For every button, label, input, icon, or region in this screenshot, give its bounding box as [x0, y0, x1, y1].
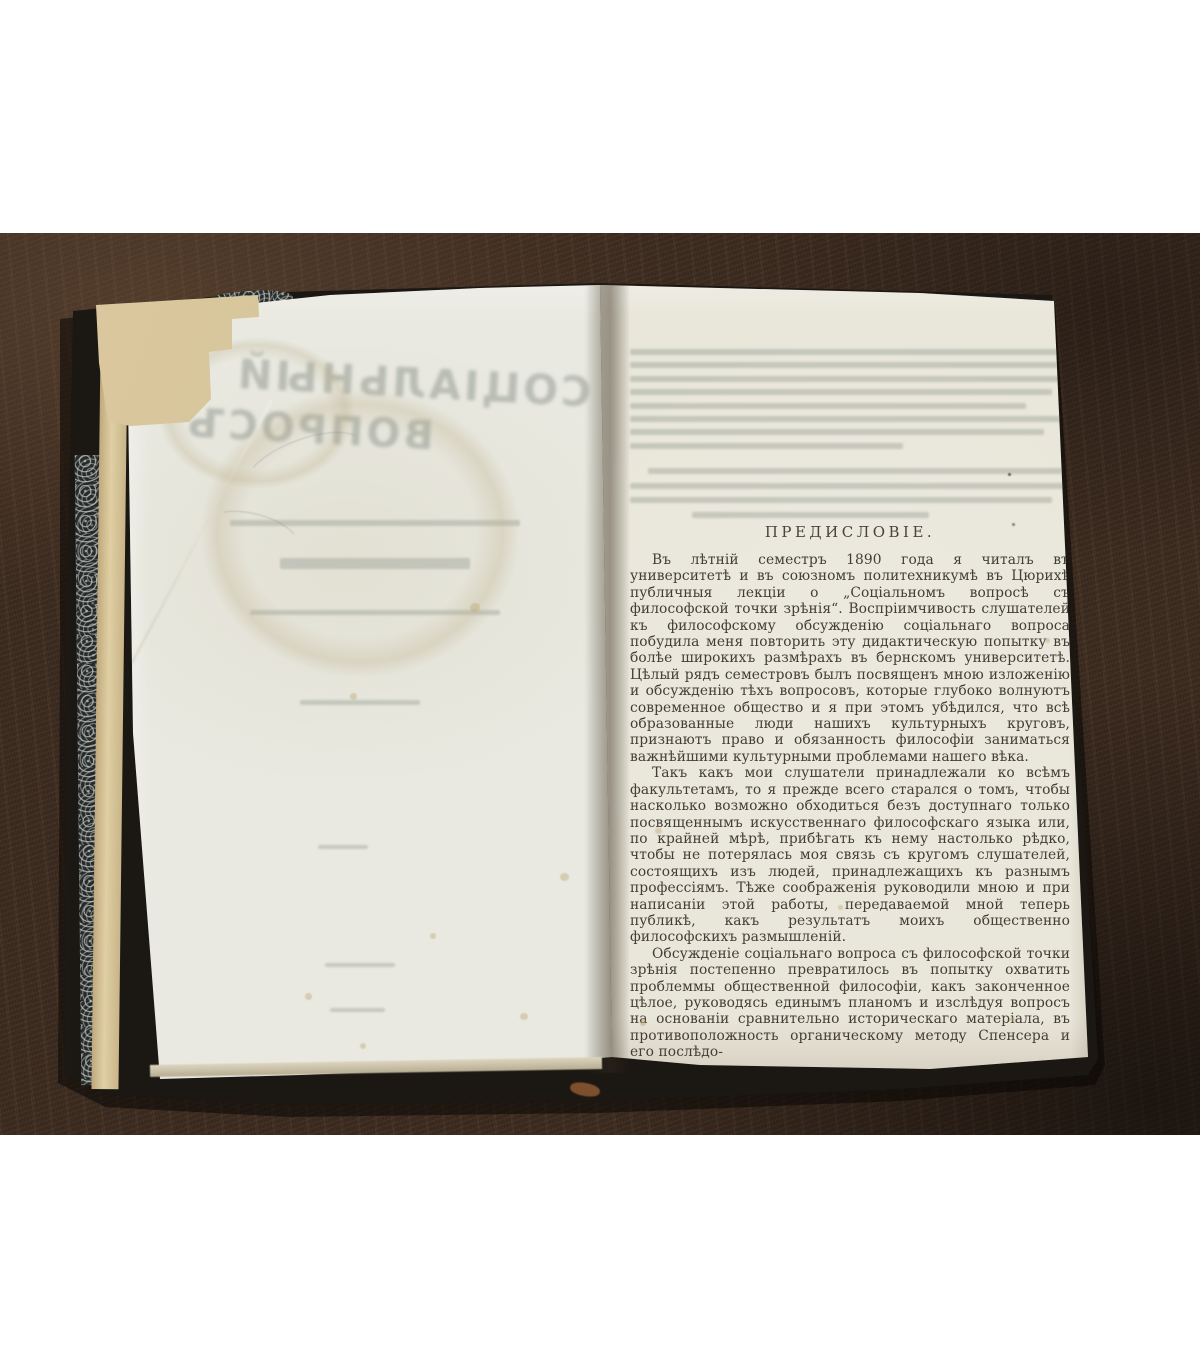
bleedthrough-line — [630, 403, 1026, 409]
bleedthrough-line — [630, 483, 1070, 489]
bleedthrough-line — [648, 468, 1062, 474]
foxing-spot — [430, 933, 436, 939]
foxing-spot — [1045, 638, 1050, 643]
foxing-spot — [640, 1020, 646, 1026]
foxing-spot — [838, 905, 843, 910]
foxing-spot — [360, 1043, 366, 1049]
bleedthrough-line — [630, 349, 1070, 355]
bleedthrough-paragraph — [630, 349, 1070, 456]
right-page: ПРЕДИСЛОВІЕ. Въ лѣтній семестръ 1890 год… — [600, 283, 1095, 1073]
preface-body: Въ лѣтній семестръ 1890 года я читалъ въ… — [630, 552, 1070, 1061]
bleedthrough-line — [692, 512, 930, 518]
ink-speck — [1012, 523, 1015, 526]
bleedthrough-line — [330, 1008, 385, 1012]
foxing-spot — [655, 828, 662, 834]
foxing-spot — [1010, 1017, 1015, 1022]
preface-heading: ПРЕДИСЛОВІЕ. — [630, 523, 1070, 541]
foxing-spot — [560, 873, 569, 881]
bleedthrough-line — [630, 443, 903, 449]
bleedthrough-line — [630, 429, 1044, 435]
foxing-spot — [350, 693, 357, 700]
preface-text-block: ПРЕДИСЛОВІЕ. Въ лѣтній семестръ 1890 год… — [630, 523, 1070, 1061]
bleedthrough-line — [318, 845, 368, 849]
foxing-spot — [305, 993, 312, 1000]
bleedthrough-paragraph — [630, 468, 1070, 526]
ink-speck — [1008, 473, 1011, 476]
bleedthrough-line — [630, 376, 1070, 382]
preface-paragraph: Въ лѣтній семестръ 1890 года я читалъ въ… — [630, 552, 1070, 765]
foxing-spot — [520, 1013, 528, 1020]
bleedthrough-line — [630, 389, 1052, 395]
bleedthrough-line — [630, 362, 1066, 368]
bleedthrough-line — [630, 416, 1070, 422]
gutter-shadow — [586, 283, 630, 1073]
book-photograph: СОЦІАЛЬНЫЙ ВОПРОСЪ — [0, 233, 1200, 1135]
preface-paragraph: Такъ какъ мои слушатели принадлежали ко … — [630, 765, 1070, 945]
bleedthrough-line — [325, 963, 395, 967]
bleedthrough-line — [630, 497, 1052, 503]
foxing-spot — [470, 603, 480, 612]
preface-paragraph: Обсужденіе соціальнаго вопроса съ филосо… — [630, 946, 1070, 1061]
screenshot: СОЦІАЛЬНЫЙ ВОПРОСЪ — [0, 0, 1200, 1372]
